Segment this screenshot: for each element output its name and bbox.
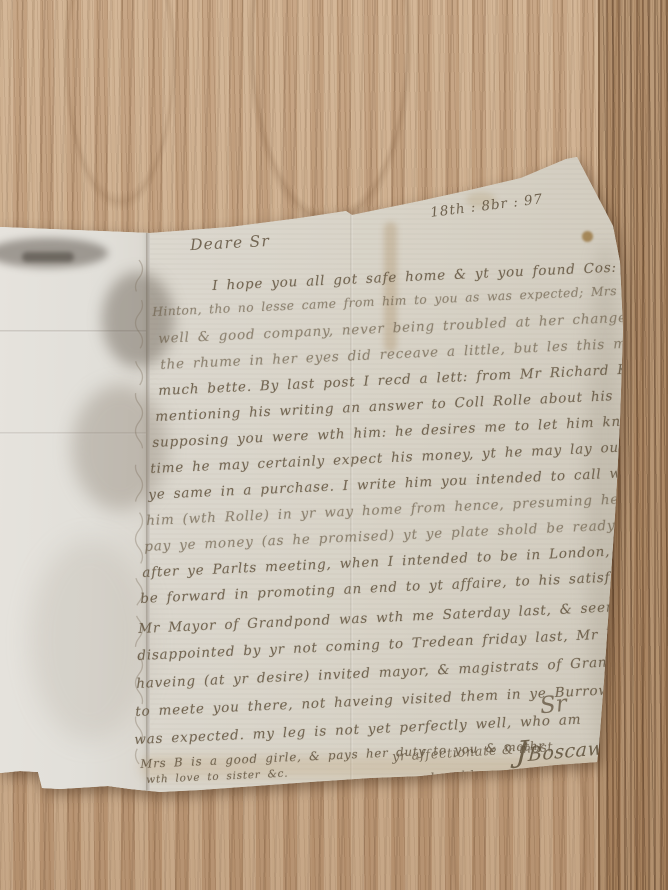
letter-salutation: Deare Sr xyxy=(190,232,271,254)
dark-stain xyxy=(22,252,74,262)
photo-of-manuscript-letter: 18th : 8br : 97 Deare Sr I hope you all … xyxy=(0,0,668,890)
sir-flourish: Sr xyxy=(539,691,568,720)
foxing-spot xyxy=(582,231,593,242)
letter-paper: 18th : 8br : 97 Deare Sr I hope you all … xyxy=(0,0,668,890)
signature: JBoscawen xyxy=(515,725,629,769)
letter-paper-wrapper: 18th : 8br : 97 Deare Sr I hope you all … xyxy=(0,0,668,890)
